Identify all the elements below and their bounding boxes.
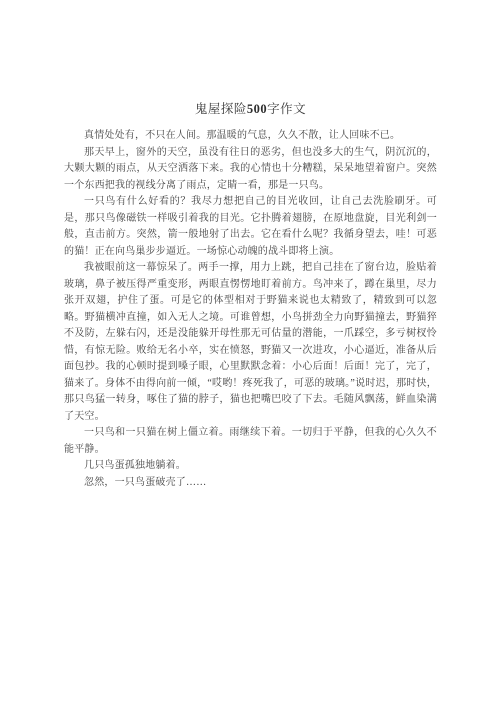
essay-page: 鬼屋探险500字作文 真情处处有，不只在人间。那温暖的气息，久久不散，让人回味不… [0,0,500,709]
essay-body: 真情处处有，不只在人间。那温暖的气息，久久不散，让人回味不已。 那天早上，窗外的… [64,128,437,491]
essay-paragraph-5: 一只鸟和一只猫在树上僵立着。雨继续下着。一切归于平静，但我的心久久不能平静。 [64,425,437,458]
essay-paragraph-6: 几只鸟蛋孤独地躺着。 [64,458,437,475]
essay-title-prefix: 鬼屋探险 [195,102,247,116]
essay-content: 鬼屋探险500字作文 真情处处有，不只在人间。那温暖的气息，久久不散，让人回味不… [64,0,437,491]
essay-paragraph-3: 一只鸟有什么好看的？我尽力想把自己的目光收回，让自己去洗脸刷牙。可是，那只鸟像磁… [64,194,437,260]
essay-paragraph-4: 我被眼前这一幕惊呆了。两手一撑，用力上跳，把自己挂在了窗台边，脸贴着玻璃，鼻子被… [64,260,437,425]
essay-title-suffix: 字作文 [267,102,306,116]
essay-paragraph-2: 那天早上，窗外的天空，虽没有往日的恶劣，但也没多大的生气，阴沉沉的，大颗大颗的雨… [64,145,437,195]
essay-paragraph-7: 忽然，一只鸟蛋破壳了…… [64,475,437,492]
essay-paragraph-1: 真情处处有，不只在人间。那温暖的气息，久久不散，让人回味不已。 [64,128,437,145]
essay-title-number: 500 [247,102,267,116]
essay-title: 鬼屋探险500字作文 [64,100,437,118]
